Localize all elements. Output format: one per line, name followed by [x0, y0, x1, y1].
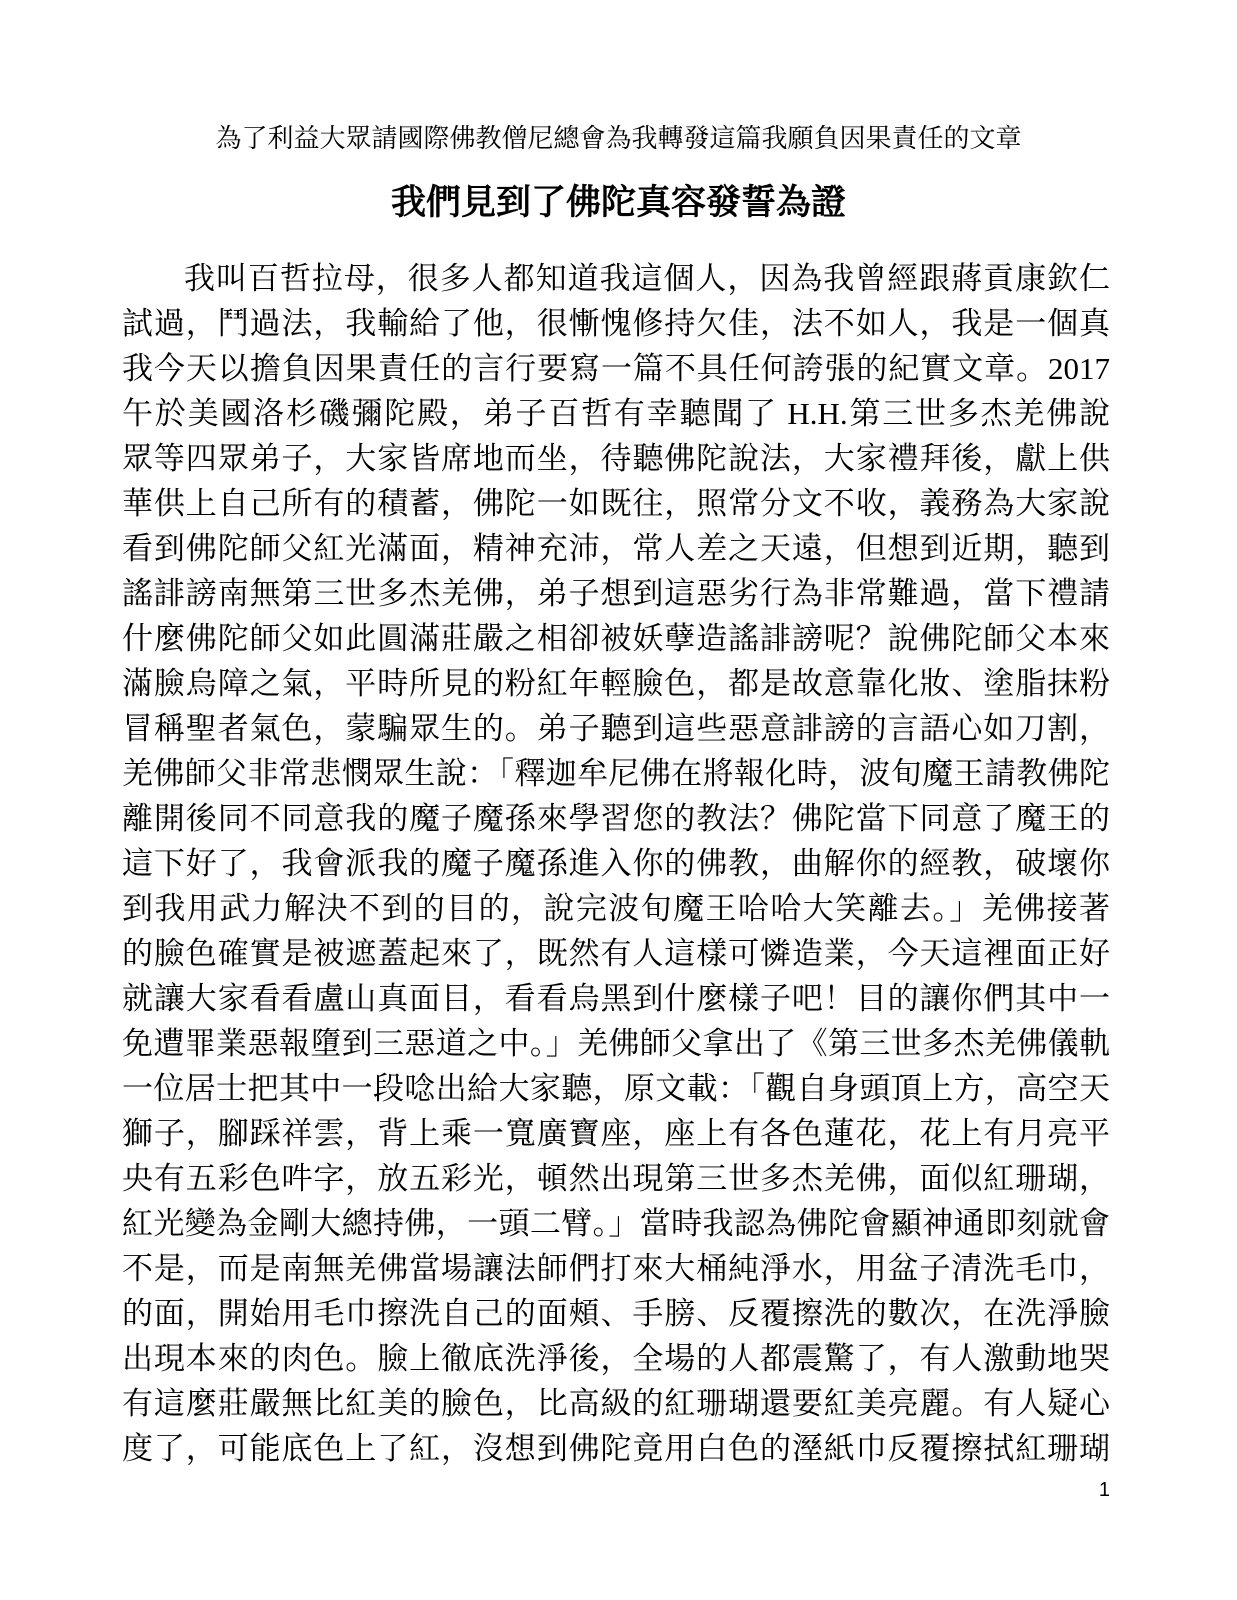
body-text-line: 什麼佛陀師父如此圓滿莊嚴之相卻被妖孽造謠誹謗呢？說佛陀師父本來是：黑臉青面， — [122, 616, 1110, 661]
body-text-line: 的臉色確實是被遮蓋起來了，既然有人這樣可憐造業，今天這裡面正好有妖孽之人，我 — [122, 931, 1110, 976]
body-text-line: 我今天以擔負因果責任的言行要寫一篇不具任何誇張的紀實文章。2017 年 12 月… — [122, 346, 1110, 391]
body-text-line: 到我用武力解決不到的目的，說完波旬魔王哈哈大笑離去。」羌佛接著說：「不錯，我 — [122, 886, 1110, 931]
body-text-line: 看到佛陀師父紅光滿面，精神充沛，常人差之天遠，但想到近期，聽到很多妖孽之人造 — [122, 526, 1110, 571]
body-text-line: 度了，可能底色上了紅，沒想到佛陀竟用白色的溼紙巾反覆擦拭紅珊瑚的臉頰，看看上 — [122, 1426, 1110, 1471]
body-text-line: 的面，開始用毛巾擦洗自己的面頰、手膀、反覆擦洗的數次，在洗淨臉上的覆蓋後，就 — [122, 1291, 1110, 1336]
page-number: 1 — [122, 1478, 1110, 1502]
body-text-line: 一位居士把其中一段唸出給大家聽，原文載：「觀自身頭頂上方，高空天際中，有八隻 — [122, 1066, 1110, 1111]
body-text-line: 紅光變為金剛大總持佛，一頭二臂。」當時我認為佛陀會顯神通即刻就會變，結果完全 — [122, 1201, 1110, 1246]
body-text: 我叫百哲拉母，很多人都知道我這個人，因為我曾經跟蔣貢康欽仁波且上過擂台比試過，鬥… — [122, 256, 1110, 1471]
body-text-line: 這下好了，我會派我的魔子魔孫進入你的佛教，曲解你的經教，破壞你的教法，以此達 — [122, 841, 1110, 886]
body-text-line: 眾等四眾弟子，大家皆席地而坐，待聽佛陀說法，大家禮拜後，獻上供養，我的兒子家 — [122, 436, 1110, 481]
body-text-line: 免遭罪業惡報墮到三惡道之中。」羌佛師父拿出了《第三世多杰羌佛儀軌法》，讓旁邊 — [122, 1021, 1110, 1066]
body-text-line: 就讓大家看看盧山真面目，看看烏黑到什麼樣子吧！目的讓你們其中一些人看了以後， — [122, 976, 1110, 1021]
body-text-line: 離開後同不同意我的魔子魔孫來學習您的教法？佛陀當下同意了魔王的請求，魔王說： — [122, 796, 1110, 841]
header-note: 為了利益大眾請國際佛教僧尼總會為我轉發這篇我願負因果責任的文章 — [0, 124, 1237, 154]
body-text-line: 出現本來的肉色。臉上徹底洗淨後，全場的人都震驚了，有人激動地哭了起來， 竟然 — [122, 1336, 1110, 1381]
document-page: 為了利益大眾請國際佛教僧尼總會為我轉發這篇我願負因果責任的文章 我們見到了佛陀真… — [0, 0, 1237, 1600]
document-title: 我們見到了佛陀真容發誓為證 — [0, 183, 1237, 223]
body-text-line: 試過，鬥過法，我輸給了他，很慚愧修持欠佳，法不如人，我是一個真心誠意的修行者， — [122, 301, 1110, 346]
body-text-line: 午於美國洛杉磯彌陀殿，弟子百哲有幸聽聞了 H.H.第三世多杰羌佛說法，當時在場有… — [122, 391, 1110, 436]
body-text-line: 華供上自己所有的積蓄，佛陀一如既往，照常分文不收，義務為大家說法，我一直以來 — [122, 481, 1110, 526]
body-text-line: 不是，而是南無羌佛當場讓法師們打來大桶純淨水，用盆子清洗毛巾，佛陀當眾多弟子 — [122, 1246, 1110, 1291]
body-text-line: 滿臉烏障之氣，平時所見的粉紅年輕臉色，都是故意靠化妝、塗脂抹粉偽裝提精氣神， — [122, 661, 1110, 706]
body-text-line: 有這麼莊嚴無比紅美的臉色，比高級的紅珊瑚還要紅美亮麗。有人疑心這紅色太紅亮過 — [122, 1381, 1110, 1426]
body-text-line: 冒稱聖者氣色，蒙騙眾生的。弟子聽到這些惡意誹謗的言語心如刀割，真是難過之極！」 — [122, 706, 1110, 751]
body-text-line: 謠誹謗南無第三世多杰羌佛，弟子想到這惡劣行為非常難過，當下禮請佛陀說法：「為 — [122, 571, 1110, 616]
body-text-line: 羌佛師父非常悲憫眾生說：「釋迦牟尼佛在將報化時，波旬魔王請教佛陀說：佛陀，您 — [122, 751, 1110, 796]
body-text-line: 獅子，腳踩祥雲，背上乘一寬廣寶座，座上有各色蓮花，花上有月亮平鋪於輪上，花中 — [122, 1111, 1110, 1156]
body-text-line: 央有五彩色吽字，放五彩光，頓然出現第三世多杰羌佛，面似紅珊瑚，身如象白玉，放 — [122, 1156, 1110, 1201]
body-text-line: 我叫百哲拉母，很多人都知道我這個人，因為我曾經跟蔣貢康欽仁波且上過擂台比 — [122, 256, 1110, 301]
